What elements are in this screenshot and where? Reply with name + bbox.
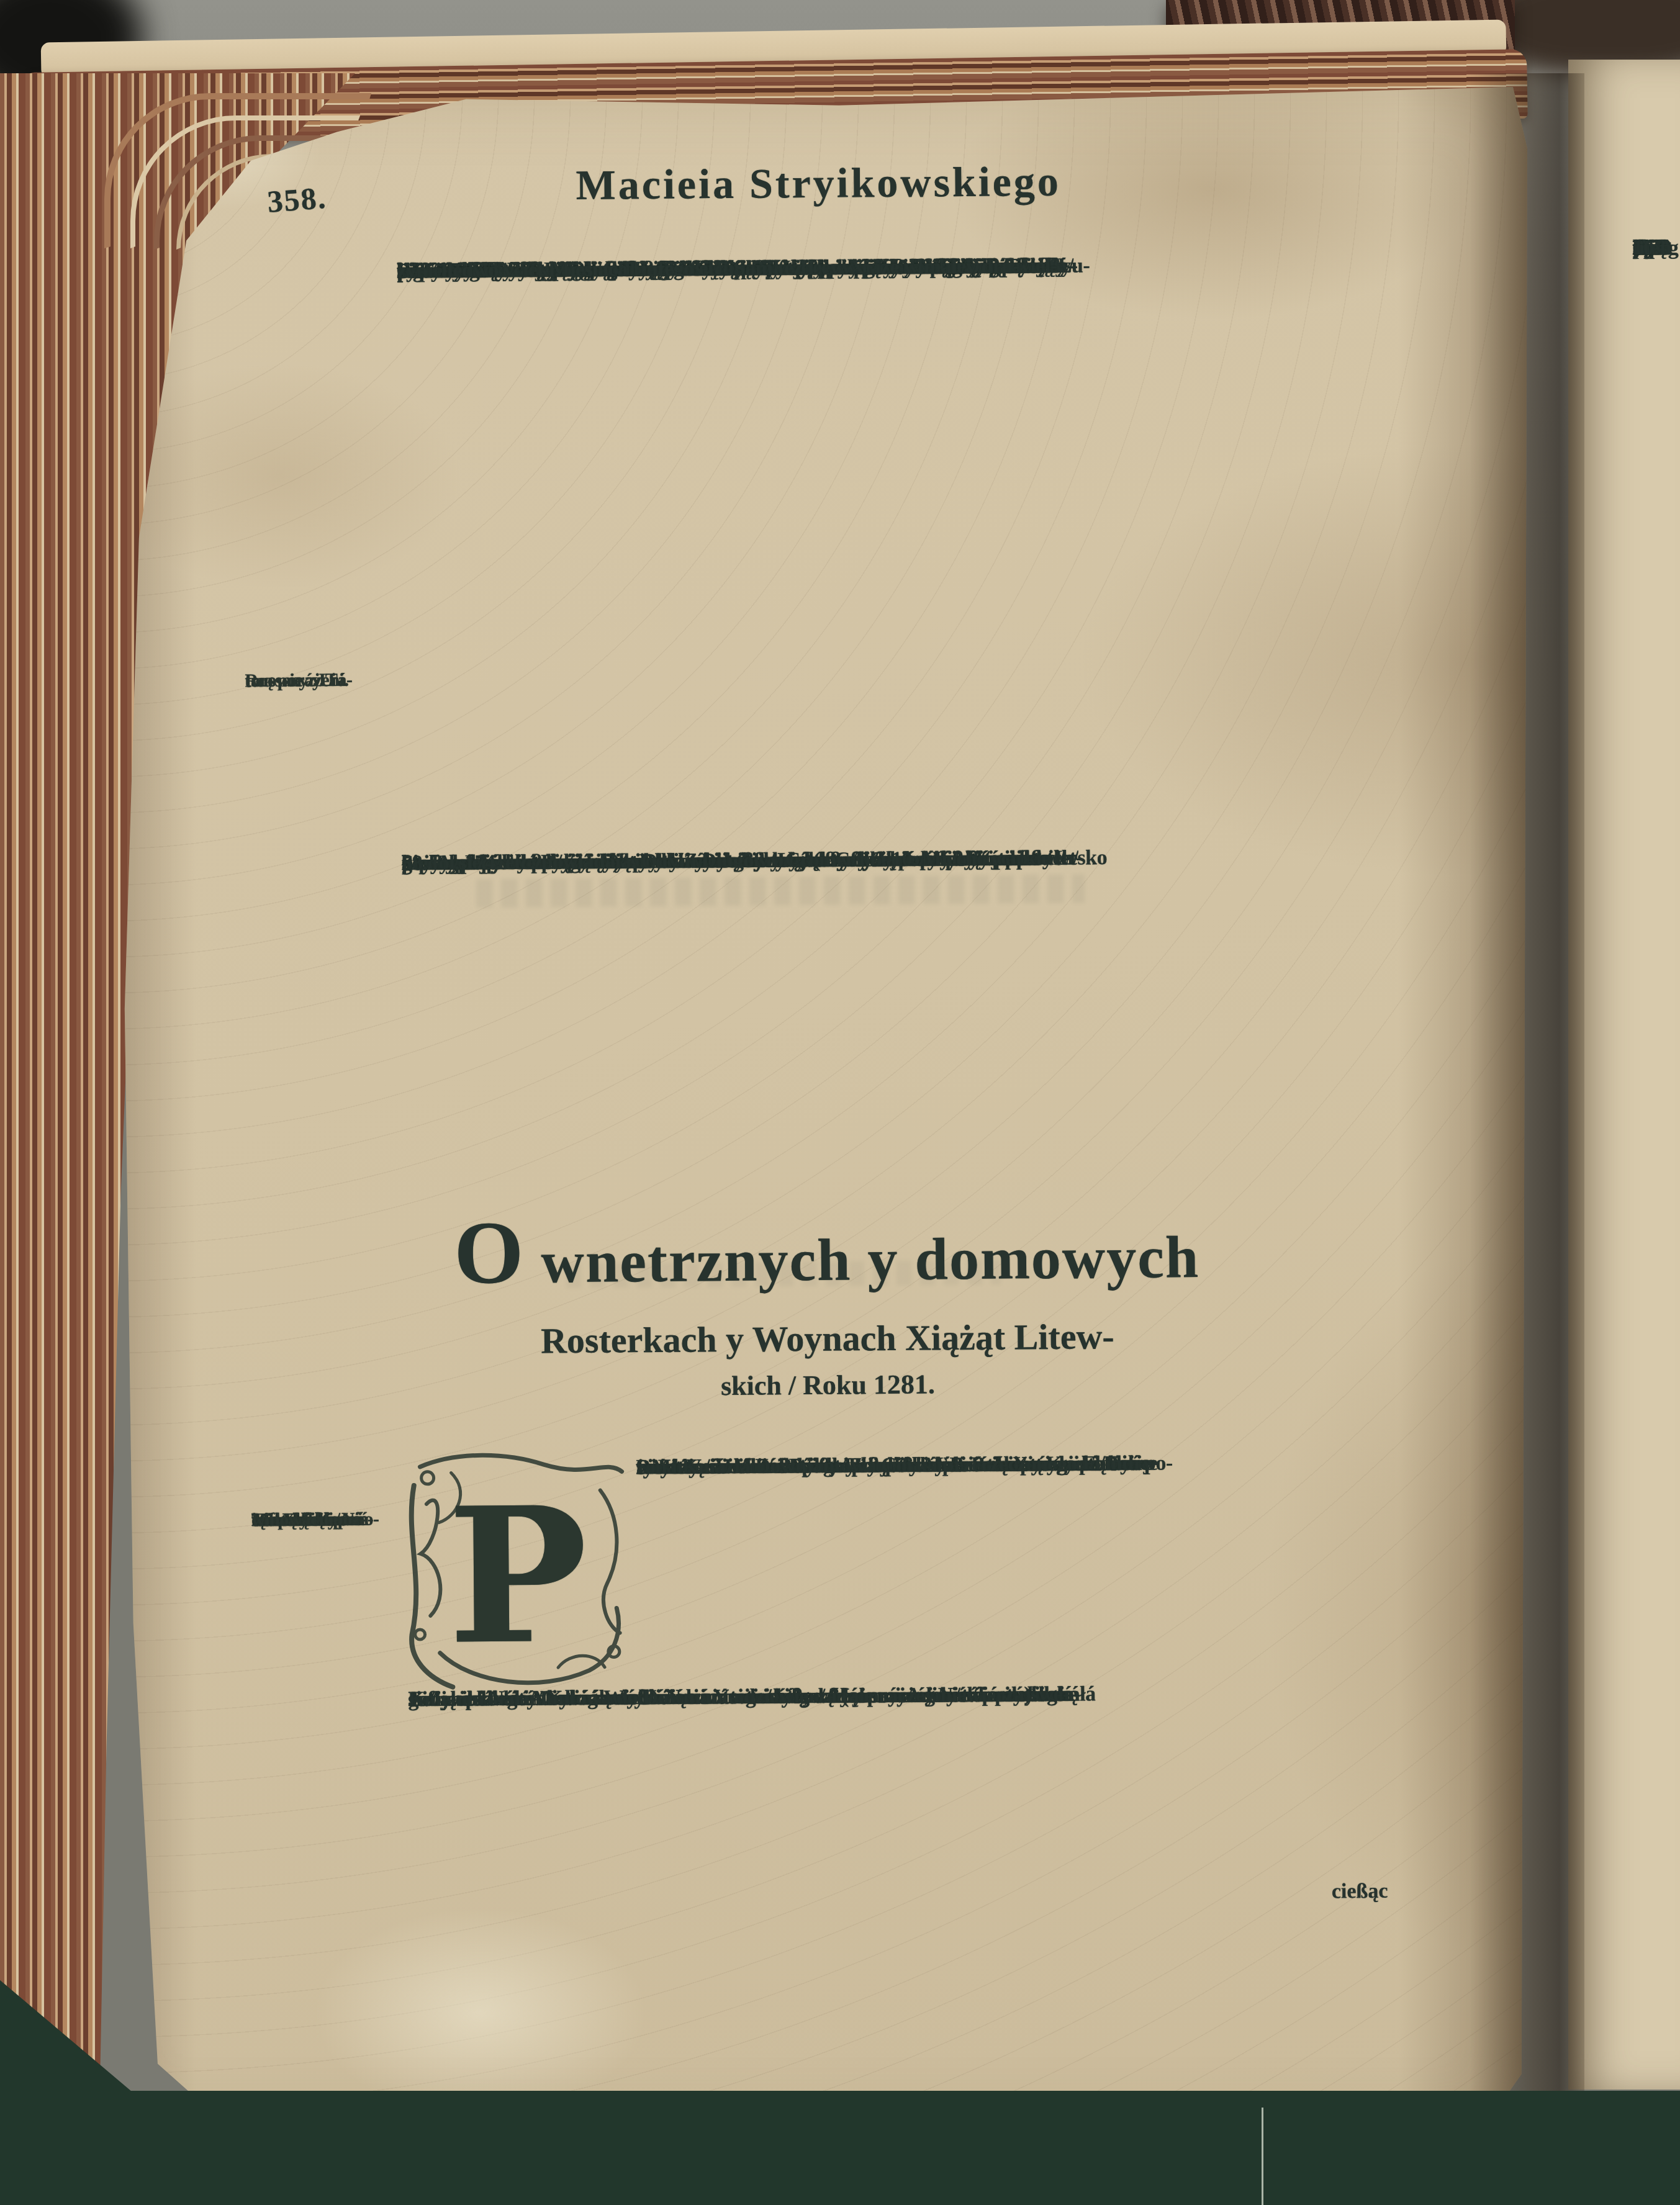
paragraph-battle-of-goslice: od Sendomirzá odciągnąwßy / położył sie … xyxy=(397,248,1241,255)
facing-page-sliver: cießJarzektemBrobosciątenmaniedarßy sdob… xyxy=(1568,60,1680,2090)
book-scan-photo: cießJarzektemBrobosciątenmaniedarßy sdob… xyxy=(0,0,1680,2205)
gutter-shadow xyxy=(1470,73,1584,2112)
table-felt-bottom xyxy=(0,2091,1680,2205)
section-heading-line3: skich / Roku 1281. xyxy=(405,1363,1250,1407)
margin-note-fladra: Ten Fladra máiąc przedtym żo-ne v dzieci… xyxy=(251,1507,420,1508)
text-line: winowácili. xyxy=(251,1507,338,1532)
text-line: Kniehini Narimuntową do Dowmanta dziewie… xyxy=(408,1678,1069,1716)
running-title: Macieia Stryikowskiego xyxy=(384,155,1253,211)
main-page: 358. Macieia Stryikowskiego od Sendomirz… xyxy=(93,87,1527,2135)
paragraph-causes-of-war-indented: Rzyczyne wnetrzney woyny miedzy Brácią X… xyxy=(636,1446,1250,1451)
scanner-artifact-line xyxy=(1262,2108,1263,2205)
text-line: twą poráżeni. xyxy=(245,668,348,693)
printed-text-layer: 358. Macieia Stryikowskiego od Sendomirz… xyxy=(85,81,1535,2141)
page-number: 358. xyxy=(266,179,328,220)
drop-cap-letter: P xyxy=(447,1466,589,1686)
catchword: cießąc xyxy=(1332,1880,1388,1904)
section-heading-line1: O wnetrznych y domowych xyxy=(367,1201,1286,1310)
text-line: żynie ledwo vciekł. xyxy=(397,253,559,287)
margin-note-battle: Russacy y Tá-tarowie z Li-twą poráżeni. xyxy=(245,667,413,669)
section-heading-line2: Rosterkach y Woynach Xiążąt Litew- xyxy=(405,1311,1250,1366)
paragraph-lesko-czarny-campaign: A nie przestawáiąc ná tym zwyciestwie Le… xyxy=(402,840,1246,847)
show-through-margin-note xyxy=(222,919,421,921)
woodcut-initial-P: P xyxy=(401,1446,634,1697)
text-line: 10. xyxy=(1633,231,1660,266)
show-through-text-artifact xyxy=(476,875,1085,908)
text-line: żona Kniáziá Dowmantowá Corká przerzeczo… xyxy=(636,1447,1153,1484)
text-line: 58. fol. 174. etc. xyxy=(402,845,535,880)
